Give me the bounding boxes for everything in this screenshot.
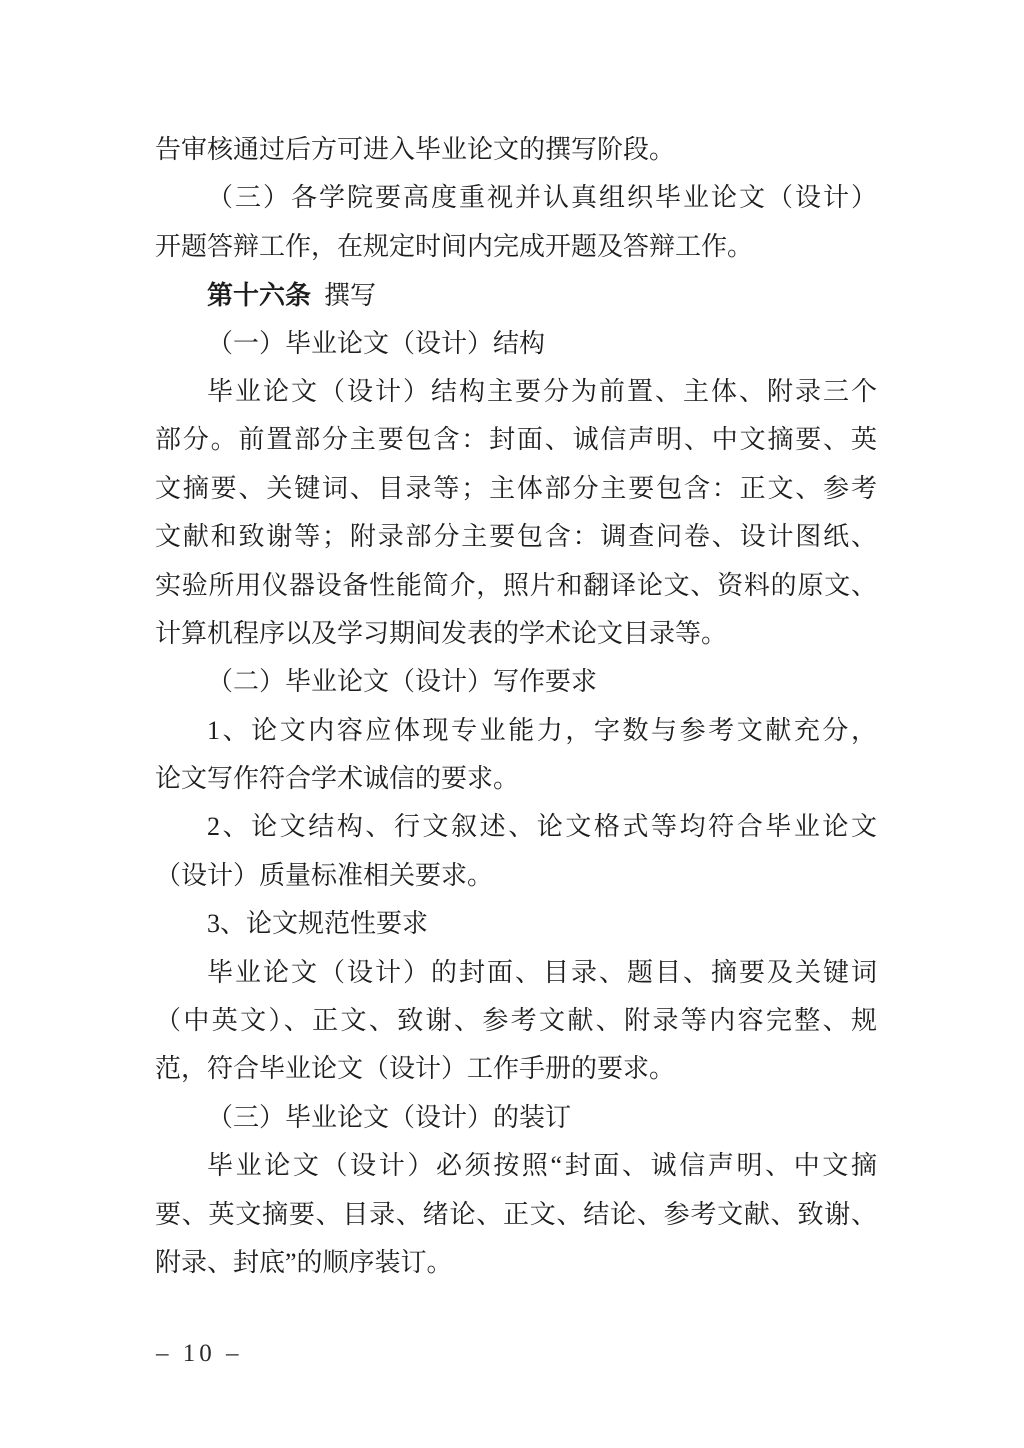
text-line: 开题答辩工作，在规定时间内完成开题及答辩工作。	[155, 223, 877, 271]
text-line: 1、论文内容应体现专业能力，字数与参考文献充分，	[155, 707, 877, 755]
text-line: 3、论文规范性要求	[155, 900, 877, 948]
section-heading-number: 第十六条	[207, 280, 311, 310]
document-page: 告审核通过后方可进入毕业论文的撰写阶段。 （三）各学院要高度重视并认真组织毕业论…	[155, 126, 877, 1287]
text-line: （中英文）、正文、致谢、参考文献、附录等内容完整、规	[155, 997, 877, 1045]
text-line: 计算机程序以及学习期间发表的学术论文目录等。	[155, 610, 877, 658]
text-line: （设计）质量标准相关要求。	[155, 852, 877, 900]
text-line: （三）各学院要高度重视并认真组织毕业论文（设计）	[155, 174, 877, 222]
text-line: 范，符合毕业论文（设计）工作手册的要求。	[155, 1045, 877, 1093]
text-line: 毕业论文（设计）必须按照“封面、诚信声明、中文摘	[155, 1142, 877, 1190]
text-line: 部分。前置部分主要包含：封面、诚信声明、中文摘要、英	[155, 416, 877, 464]
text-line: 要、英文摘要、目录、绪论、正文、结论、参考文献、致谢、	[155, 1191, 877, 1239]
text-line: 毕业论文（设计）的封面、目录、题目、摘要及关键词	[155, 949, 877, 997]
text-line: 实验所用仪器设备性能简介，照片和翻译论文、资料的原文、	[155, 562, 877, 610]
section-heading: 第十六条撰写	[155, 271, 877, 319]
text-line: 2、论文结构、行文叙述、论文格式等均符合毕业论文	[155, 803, 877, 851]
text-line: 文摘要、关键词、目录等；主体部分主要包含：正文、参考	[155, 465, 877, 513]
text-line: 附录、封底”的顺序装订。	[155, 1239, 877, 1287]
text-line: （二）毕业论文（设计）写作要求	[155, 658, 877, 706]
text-line: 毕业论文（设计）结构主要分为前置、主体、附录三个	[155, 368, 877, 416]
text-line: 文献和致谢等；附录部分主要包含：调查问卷、设计图纸、	[155, 513, 877, 561]
text-line: （三）毕业论文（设计）的装订	[155, 1094, 877, 1142]
page-number: – 10 –	[156, 1340, 243, 1368]
text-line: （一）毕业论文（设计）结构	[155, 320, 877, 368]
section-heading-title: 撰写	[324, 281, 376, 310]
text-line: 告审核通过后方可进入毕业论文的撰写阶段。	[155, 126, 877, 174]
text-line: 论文写作符合学术诚信的要求。	[155, 755, 877, 803]
